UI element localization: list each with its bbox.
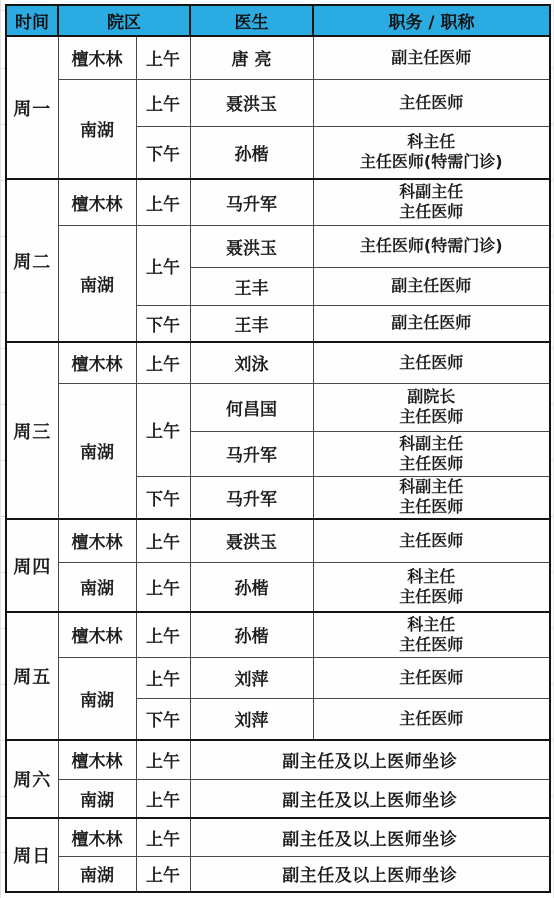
header-row: 时间 院区 医生 职务 / 职称 bbox=[6, 5, 550, 36]
period-cell: 上午 bbox=[136, 79, 190, 126]
period-cell: 上午 bbox=[136, 779, 190, 818]
doctor-cell: 聂洪玉 bbox=[190, 225, 313, 267]
table-row: 周四 檀木林 上午 聂洪玉 主任医师 bbox=[6, 519, 550, 562]
doctor-cell: 刘萍 bbox=[190, 698, 313, 740]
doctor-cell: 孙楷 bbox=[190, 612, 313, 657]
title-cell: 副主任医师 bbox=[313, 305, 550, 342]
table-row: 南湖 上午 聂洪玉 主任医师 bbox=[6, 79, 550, 126]
campus-cell: 南湖 bbox=[58, 779, 136, 818]
period-cell: 下午 bbox=[136, 476, 190, 519]
doctor-cell: 孙楷 bbox=[190, 126, 313, 179]
schedule-table: 时间 院区 医生 职务 / 职称 周一 檀木林 上午 唐 亮 副主任医师 南湖 … bbox=[5, 4, 551, 893]
period-cell: 下午 bbox=[136, 126, 190, 179]
doctor-cell: 何昌国 bbox=[190, 383, 313, 431]
title-cell: 主任医师(特需门诊) bbox=[313, 225, 550, 267]
day-cell-friday: 周五 bbox=[6, 612, 58, 740]
title-cell: 科副主任 主任医师 bbox=[313, 476, 550, 519]
day-cell-sunday: 周日 bbox=[6, 818, 58, 892]
title-cell: 主任医师 bbox=[313, 698, 550, 740]
period-cell: 上午 bbox=[136, 36, 190, 79]
table-row: 周三 檀木林 上午 刘泳 主任医师 bbox=[6, 342, 550, 383]
header-time: 时间 bbox=[6, 5, 58, 36]
table-row: 周五 檀木林 上午 孙楷 科主任 主任医师 bbox=[6, 612, 550, 657]
title-cell: 科副主任 主任医师 bbox=[313, 431, 550, 476]
table-row: 南湖 上午 聂洪玉 主任医师(特需门诊) bbox=[6, 225, 550, 267]
table-row: 南湖 上午 何昌国 副院长 主任医师 bbox=[6, 383, 550, 431]
campus-cell: 檀木林 bbox=[58, 612, 136, 657]
campus-cell: 檀木林 bbox=[58, 36, 136, 79]
header-campus: 院区 bbox=[58, 5, 190, 36]
day-cell-wednesday: 周三 bbox=[6, 342, 58, 519]
period-cell: 上午 bbox=[136, 383, 190, 476]
campus-cell: 檀木林 bbox=[58, 179, 136, 225]
table-row: 南湖 上午 刘萍 主任医师 bbox=[6, 657, 550, 698]
period-cell: 上午 bbox=[136, 818, 190, 856]
weekend-note-cell: 副主任及以上医师坐诊 bbox=[190, 856, 550, 892]
period-cell: 上午 bbox=[136, 740, 190, 779]
period-cell: 下午 bbox=[136, 305, 190, 342]
day-cell-tuesday: 周二 bbox=[6, 179, 58, 342]
campus-cell: 南湖 bbox=[58, 383, 136, 519]
title-cell: 科主任 主任医师 bbox=[313, 562, 550, 612]
campus-cell: 南湖 bbox=[58, 562, 136, 612]
day-cell-saturday: 周六 bbox=[6, 740, 58, 818]
schedule-page: 时间 院区 医生 职务 / 职称 周一 檀木林 上午 唐 亮 副主任医师 南湖 … bbox=[0, 0, 554, 898]
campus-cell: 檀木林 bbox=[58, 342, 136, 383]
period-cell: 上午 bbox=[136, 562, 190, 612]
period-cell: 上午 bbox=[136, 657, 190, 698]
period-cell: 上午 bbox=[136, 225, 190, 305]
doctor-cell: 聂洪玉 bbox=[190, 519, 313, 562]
title-cell: 副主任医师 bbox=[313, 267, 550, 305]
period-cell: 下午 bbox=[136, 698, 190, 740]
doctor-cell: 孙楷 bbox=[190, 562, 313, 612]
campus-cell: 檀木林 bbox=[58, 740, 136, 779]
title-cell: 主任医师 bbox=[313, 519, 550, 562]
table-row: 周二 檀木林 上午 马升军 科副主任 主任医师 bbox=[6, 179, 550, 225]
title-cell: 科主任 主任医师(特需门诊) bbox=[313, 126, 550, 179]
doctor-cell: 王丰 bbox=[190, 305, 313, 342]
title-cell: 主任医师 bbox=[313, 657, 550, 698]
doctor-cell: 刘萍 bbox=[190, 657, 313, 698]
title-cell: 科副主任 主任医师 bbox=[313, 179, 550, 225]
weekend-note-cell: 副主任及以上医师坐诊 bbox=[190, 818, 550, 856]
day-cell-monday: 周一 bbox=[6, 36, 58, 179]
title-cell: 主任医师 bbox=[313, 79, 550, 126]
header-doctor: 医生 bbox=[190, 5, 313, 36]
period-cell: 上午 bbox=[136, 519, 190, 562]
table-row: 周六 檀木林 上午 副主任及以上医师坐诊 bbox=[6, 740, 550, 779]
table-row: 南湖 上午 副主任及以上医师坐诊 bbox=[6, 856, 550, 892]
title-cell: 副主任医师 bbox=[313, 36, 550, 79]
header-title: 职务 / 职称 bbox=[313, 5, 550, 36]
doctor-cell: 聂洪玉 bbox=[190, 79, 313, 126]
title-cell: 副院长 主任医师 bbox=[313, 383, 550, 431]
period-cell: 上午 bbox=[136, 612, 190, 657]
period-cell: 上午 bbox=[136, 856, 190, 892]
doctor-cell: 马升军 bbox=[190, 476, 313, 519]
table-row: 周日 檀木林 上午 副主任及以上医师坐诊 bbox=[6, 818, 550, 856]
doctor-cell: 刘泳 bbox=[190, 342, 313, 383]
title-cell: 科主任 主任医师 bbox=[313, 612, 550, 657]
campus-cell: 檀木林 bbox=[58, 519, 136, 562]
doctor-cell: 马升军 bbox=[190, 179, 313, 225]
table-row: 南湖 上午 孙楷 科主任 主任医师 bbox=[6, 562, 550, 612]
period-cell: 上午 bbox=[136, 179, 190, 225]
weekend-note-cell: 副主任及以上医师坐诊 bbox=[190, 779, 550, 818]
campus-cell: 檀木林 bbox=[58, 818, 136, 856]
campus-cell: 南湖 bbox=[58, 856, 136, 892]
campus-cell: 南湖 bbox=[58, 79, 136, 179]
doctor-cell: 马升军 bbox=[190, 431, 313, 476]
campus-cell: 南湖 bbox=[58, 225, 136, 342]
table-row: 南湖 上午 副主任及以上医师坐诊 bbox=[6, 779, 550, 818]
title-cell: 主任医师 bbox=[313, 342, 550, 383]
doctor-cell: 唐 亮 bbox=[190, 36, 313, 79]
table-row: 周一 檀木林 上午 唐 亮 副主任医师 bbox=[6, 36, 550, 79]
doctor-cell: 王丰 bbox=[190, 267, 313, 305]
day-cell-thursday: 周四 bbox=[6, 519, 58, 612]
weekend-note-cell: 副主任及以上医师坐诊 bbox=[190, 740, 550, 779]
period-cell: 上午 bbox=[136, 342, 190, 383]
campus-cell: 南湖 bbox=[58, 657, 136, 740]
